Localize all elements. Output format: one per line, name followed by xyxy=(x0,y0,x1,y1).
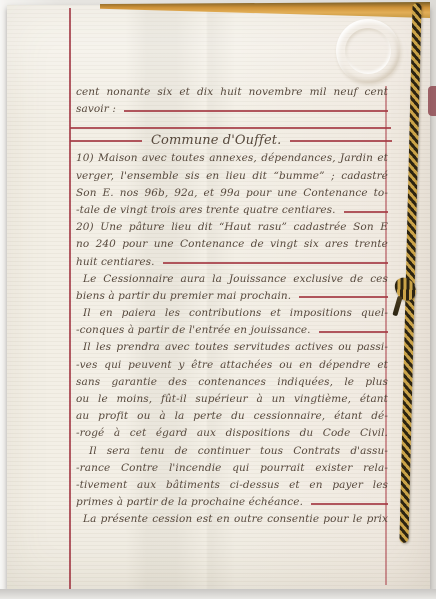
manuscript-line: Son E. nos 96b, 92a, et 99a pour une Con… xyxy=(76,185,388,202)
manuscript-line-text: au profit ou à la perte du cessionnaire,… xyxy=(76,410,388,422)
heading-rule-left xyxy=(70,140,142,142)
line-filler-rule xyxy=(319,331,388,333)
line-filler-rule xyxy=(163,262,388,264)
manuscript-line-text: -ves qui peuvent y être attachées ou en … xyxy=(76,359,388,371)
embossed-seal-inner-ring xyxy=(345,28,391,74)
manuscript-line: ou le moins, fût-il supérieur à un vingt… xyxy=(76,391,388,408)
manuscript-line-text: cent nonante six et dix huit novembre mi… xyxy=(76,86,388,101)
line-filler-rule xyxy=(311,503,388,505)
line-filler-rule xyxy=(299,296,388,298)
manuscript-lines: cent nonante six et dix huit novembre mi… xyxy=(76,84,388,529)
manuscript-line: verger, l'ensemble sis en lieu dit “bumm… xyxy=(76,168,388,185)
manuscript-line: La présente cession est en outre consent… xyxy=(76,511,388,528)
manuscript-line: huit centiares. xyxy=(76,254,388,271)
manuscript-line: biens à partir du premier mai prochain. xyxy=(76,288,388,305)
scan-bottom-edge xyxy=(0,589,436,599)
manuscript-line-text: -tivement aux bâtiments ci-dessus et en … xyxy=(76,479,388,491)
manuscript-line: -rogé à cet égard aux dispositions du Co… xyxy=(76,425,388,442)
manuscript-line: Le Cessionnaire aura la Jouissance exclu… xyxy=(76,271,388,288)
manuscript-line: no 240 pour une Contenance de vingt six … xyxy=(76,236,388,253)
manuscript-line-text: sans garantie des contenances indiquées,… xyxy=(76,376,388,388)
scan-background: cent nonante six et dix huit novembre mi… xyxy=(0,0,436,599)
manuscript-line-text: -conques à partir de l'entrée en jouissa… xyxy=(76,322,311,339)
manuscript-line-text: Il en paiera les contributions et imposi… xyxy=(83,307,388,319)
red-separator-rule xyxy=(70,118,391,129)
manuscript-line: Il en paiera les contributions et imposi… xyxy=(76,305,388,322)
line-filler-rule xyxy=(344,211,388,213)
manuscript-line-text: biens à partir du premier mai prochain. xyxy=(76,288,291,305)
manuscript-line: Il les prendra avec toutes servitudes ac… xyxy=(76,339,388,356)
section-heading-row: Commune d'Ouffet. xyxy=(76,131,388,150)
line-filler-rule xyxy=(124,110,388,112)
manuscript-line: 20) Une pâture lieu dit “Haut rasu” cada… xyxy=(76,219,388,236)
manuscript-line-text: Son E. nos 96b, 92a, et 99a pour une Con… xyxy=(76,187,388,199)
manuscript-line: sans garantie des contenances indiquées,… xyxy=(76,374,388,391)
binding-cord-red-segment xyxy=(428,86,436,116)
manuscript-line-text: verger, l'ensemble sis en lieu dit “bumm… xyxy=(76,170,388,182)
manuscript-line: -rance Contre l'incendie qui pourrait ex… xyxy=(76,460,388,477)
embossed-seal xyxy=(336,19,400,83)
manuscript-line: au profit ou à la perte du cessionnaire,… xyxy=(76,408,388,425)
manuscript-line-text: -rance Contre l'incendie qui pourrait ex… xyxy=(76,462,388,474)
manuscript-line: savoir : xyxy=(76,101,388,118)
manuscript-line-text: huit centiares. xyxy=(76,254,155,271)
manuscript-line: 10) Maison avec toutes annexes, dépendan… xyxy=(76,150,388,167)
left-margin-rule xyxy=(69,8,71,589)
manuscript-line-text: La présente cession est en outre consent… xyxy=(83,513,388,525)
manuscript-line-text: primes à partir de la prochaine échéance… xyxy=(76,494,303,511)
manuscript-line-text: 20) Une pâture lieu dit “Haut rasu” cada… xyxy=(76,221,388,233)
manuscript-line-text: no 240 pour une Contenance de vingt six … xyxy=(76,238,388,250)
manuscript-line-text: Le Cessionnaire aura la Jouissance exclu… xyxy=(83,273,388,285)
manuscript-line-text: Il sera tenu de continuer tous Contrats … xyxy=(89,445,388,457)
manuscript-line: -tale de vingt trois ares trente quatre … xyxy=(76,202,388,219)
manuscript-line-text: 10) Maison avec toutes annexes, dépendan… xyxy=(76,152,388,164)
manuscript-line: Il sera tenu de continuer tous Contrats … xyxy=(76,443,388,460)
manuscript-line-text: ou le moins, fût-il supérieur à un vingt… xyxy=(76,393,388,405)
manuscript-line: -conques à partir de l'entrée en jouissa… xyxy=(76,322,388,339)
manuscript-line-text: -tale de vingt trois ares trente quatre … xyxy=(76,202,336,219)
manuscript-line: primes à partir de la prochaine échéance… xyxy=(76,494,388,511)
manuscript-line-text: Il les prendra avec toutes servitudes ac… xyxy=(83,341,388,353)
manuscript-line: -ves qui peuvent y être attachées ou en … xyxy=(76,357,388,374)
manuscript-line: cent nonante six et dix huit novembre mi… xyxy=(76,84,388,101)
section-heading: Commune d'Ouffet. xyxy=(151,131,281,150)
heading-rule-right xyxy=(290,140,392,142)
manuscript-line: -tivement aux bâtiments ci-dessus et en … xyxy=(76,477,388,494)
manuscript-line-text: -rogé à cet égard aux dispositions du Co… xyxy=(76,427,388,439)
manuscript-line-text: savoir : xyxy=(76,101,116,118)
